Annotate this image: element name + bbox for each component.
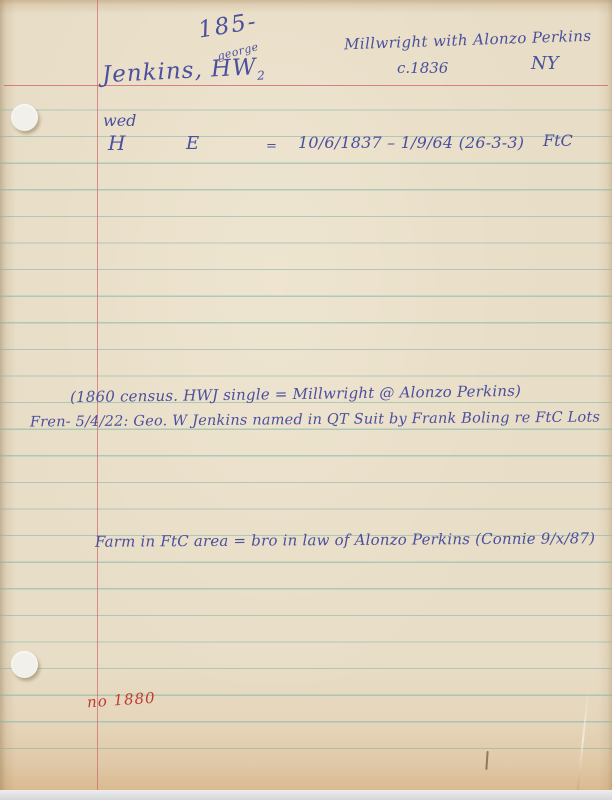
husband-initial: H [108, 131, 125, 155]
place-abbrev: FtC [543, 131, 573, 150]
paper-sheet: 185- Millwright with Alonzo Perkins geor… [0, 0, 612, 791]
paper-crease [577, 690, 589, 790]
punch-hole-top [11, 104, 38, 131]
census-1860-note: (1860 census. HWJ single = Millwright @ … [70, 382, 521, 406]
state-abbrev: NY [531, 53, 559, 74]
quiet-title-suit-note: Fren- 5/4/22: Geo. W Jenkins named in QT… [30, 410, 600, 431]
scanned-note-page: 185- Millwright with Alonzo Perkins geor… [0, 0, 612, 800]
page-number: 185- [196, 8, 259, 43]
surname-subscript: 2 [257, 68, 266, 82]
farm-note: Farm in FtC area = bro in law of Alonzo … [95, 529, 595, 550]
equals-sign: = [266, 139, 277, 154]
scanner-backing-strip [0, 790, 612, 800]
occupation-note: Millwright with Alonzo Perkins [344, 27, 592, 54]
header-rule-horizontal [4, 85, 608, 86]
no-1880-census-note: no 1880 [86, 689, 156, 712]
wife-initial: E [186, 133, 199, 154]
scratch-mark [485, 751, 488, 770]
vital-dates: 10/6/1837 – 1/9/64 (26-3-3) [298, 133, 524, 152]
punch-hole-bottom [11, 651, 38, 678]
wed-label: wed [103, 111, 136, 130]
circa-date: c.1836 [397, 59, 448, 77]
